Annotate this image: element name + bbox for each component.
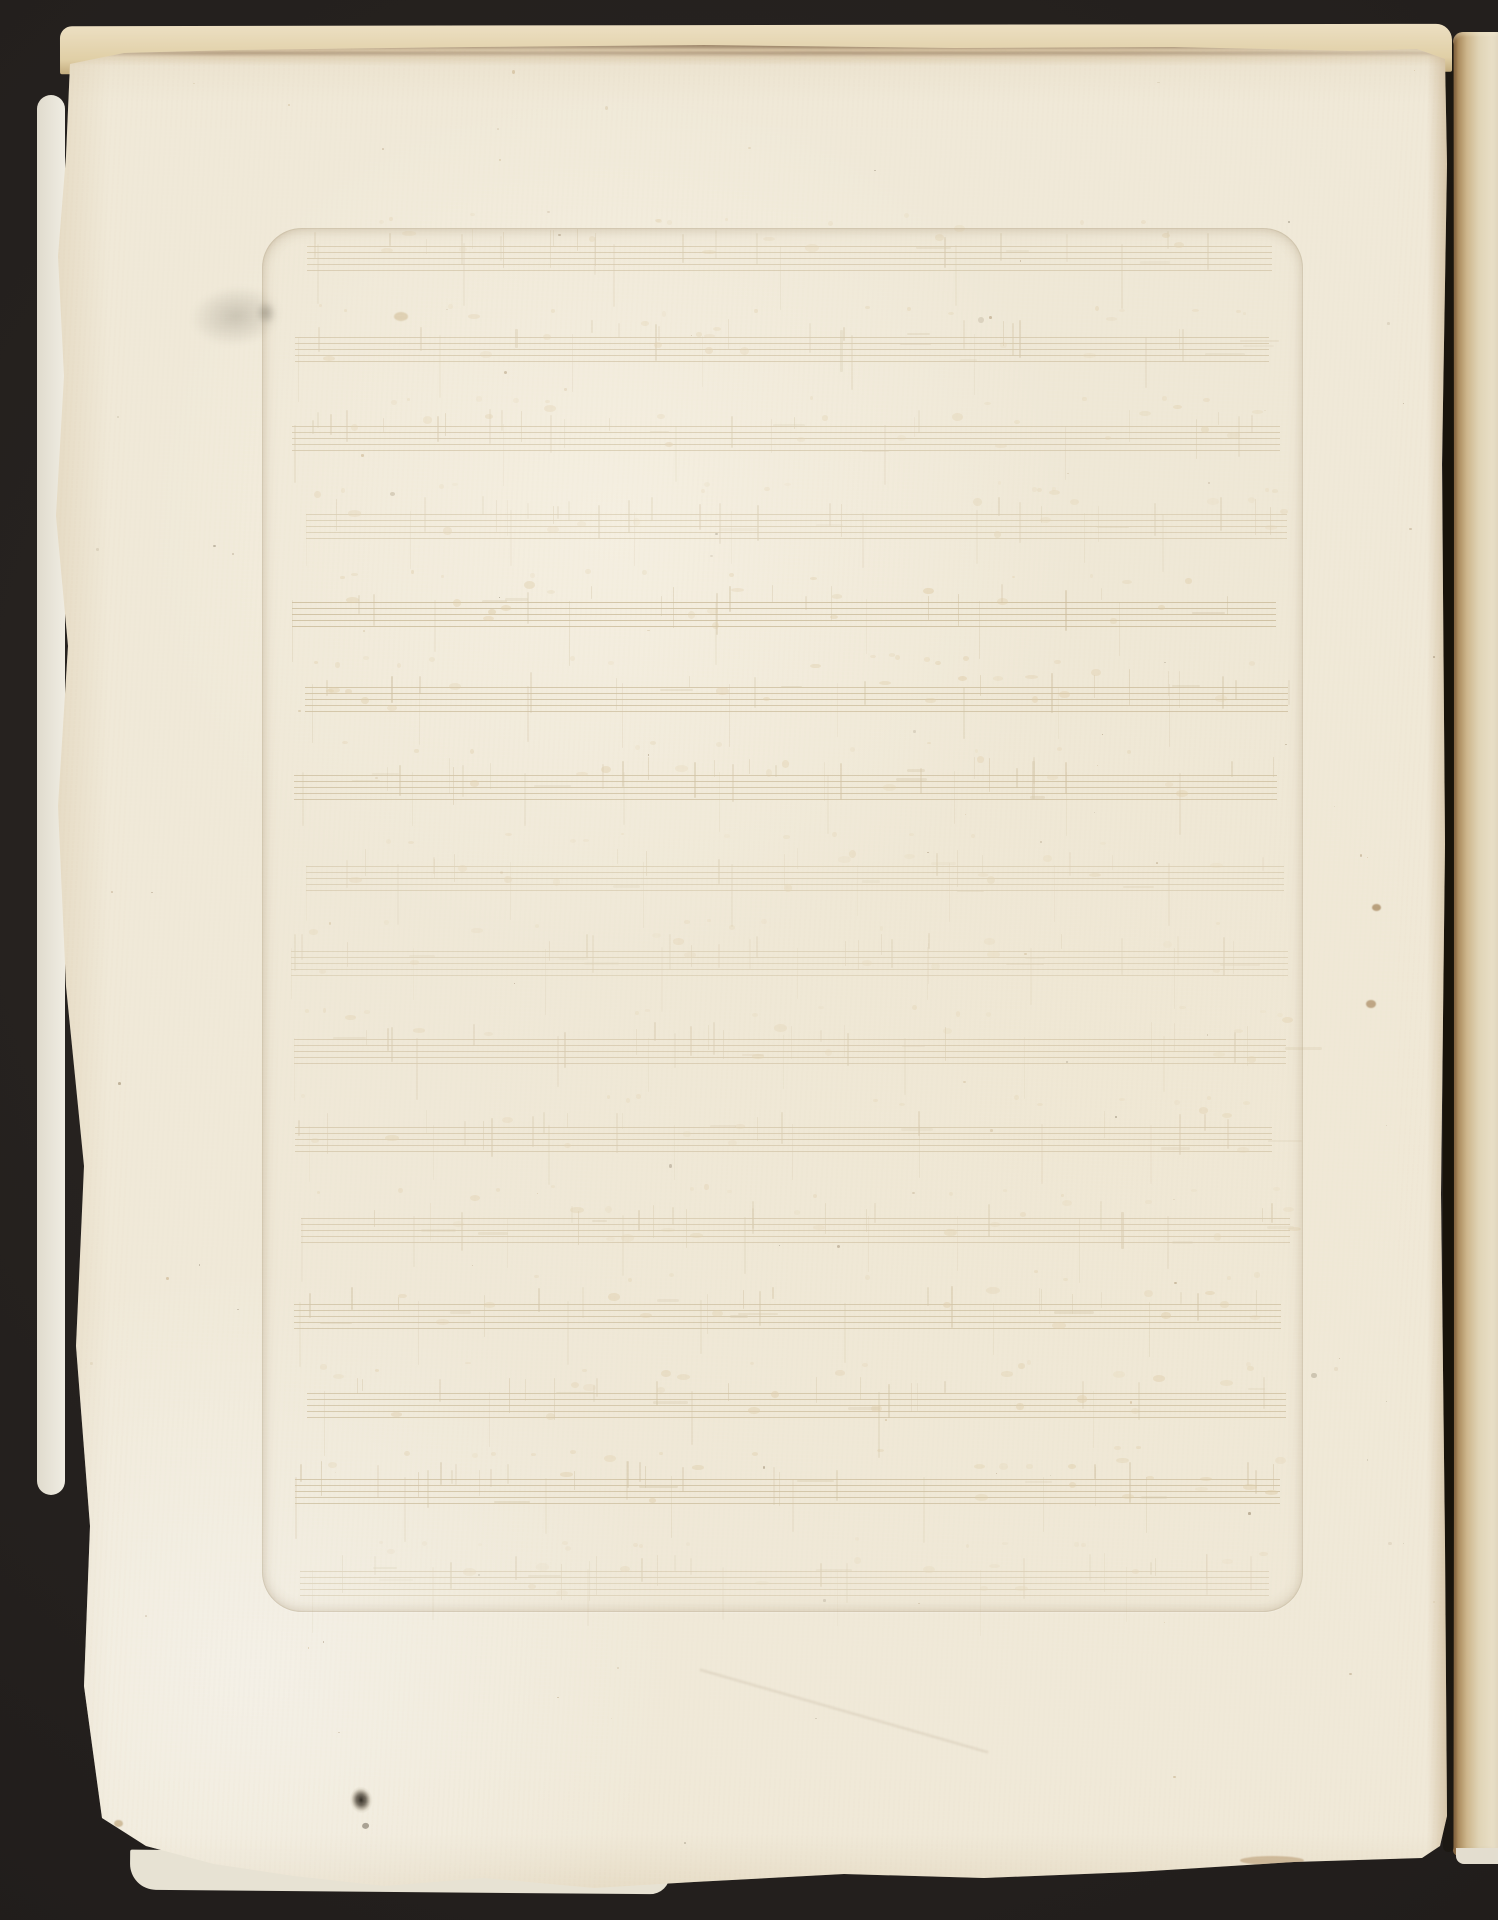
barline-showthrough	[489, 1392, 491, 1447]
speck-showthrough	[1002, 1542, 1008, 1545]
note-blob-showthrough	[1122, 1494, 1133, 1499]
note-blob-showthrough	[995, 444, 1006, 448]
note-stem-showthrough	[582, 1287, 584, 1318]
note-stem-showthrough	[757, 505, 759, 541]
speck-showthrough	[344, 309, 347, 312]
note-blob-showthrough	[1200, 1477, 1212, 1481]
speck-showthrough	[818, 1006, 824, 1009]
speck-showthrough	[727, 1190, 732, 1193]
speck-showthrough	[686, 1542, 690, 1546]
note-stem-showthrough	[1065, 762, 1067, 794]
speck-showthrough	[948, 312, 954, 315]
beam-showthrough	[584, 962, 619, 965]
barline-showthrough	[613, 244, 615, 308]
note-blob-showthrough	[782, 760, 789, 768]
speck-showthrough	[645, 1009, 650, 1013]
barline-showthrough	[731, 864, 733, 927]
note-stem-showthrough	[1179, 671, 1180, 708]
note-stem-showthrough	[820, 1563, 822, 1587]
fibre-speck	[199, 1264, 201, 1265]
beam-showthrough	[421, 1229, 456, 1232]
fibre-speck	[1386, 1125, 1387, 1126]
speck-showthrough	[813, 1194, 817, 1198]
note-blob-showthrough	[1083, 353, 1096, 358]
barline-showthrough	[792, 1124, 794, 1181]
note-stem-showthrough	[1138, 1382, 1140, 1420]
note-blob-showthrough	[1026, 1464, 1033, 1469]
note-stem-showthrough	[648, 757, 649, 780]
fibre-speck	[1334, 1367, 1338, 1371]
note-blob-showthrough	[1014, 420, 1021, 425]
note-blob-showthrough	[702, 250, 716, 254]
speck-showthrough	[832, 832, 836, 837]
speck-showthrough	[784, 483, 791, 486]
note-blob-showthrough	[1000, 342, 1006, 348]
note-stem-showthrough	[958, 594, 959, 626]
note-stem-showthrough	[592, 935, 593, 973]
beam-showthrough	[639, 1485, 678, 1488]
barline-showthrough	[792, 1479, 794, 1533]
note-blob-showthrough	[1015, 1586, 1028, 1591]
note-blob-showthrough	[483, 616, 494, 621]
note-stem-showthrough	[383, 418, 385, 432]
note-stem-showthrough	[327, 1113, 328, 1154]
speck-showthrough	[984, 402, 991, 405]
beam-showthrough	[781, 686, 802, 689]
note-stem-showthrough	[824, 762, 825, 801]
note-blob-showthrough	[755, 1581, 769, 1585]
barline-showthrough	[312, 1570, 314, 1633]
speck-showthrough	[1236, 310, 1241, 313]
speck-showthrough	[865, 306, 870, 309]
note-stem-showthrough	[1121, 1212, 1123, 1250]
note-stem-showthrough	[490, 763, 491, 789]
fibre-speck	[1097, 765, 1098, 766]
note-stem-showthrough	[728, 1383, 730, 1401]
speck-showthrough	[1136, 1446, 1142, 1449]
note-blob-showthrough	[692, 1465, 704, 1470]
stain-fleck	[1366, 1000, 1376, 1008]
fibre-speck	[382, 148, 385, 150]
beam-showthrough	[1192, 612, 1225, 615]
note-stem-showthrough	[749, 759, 750, 774]
note-blob-showthrough	[1165, 782, 1173, 787]
barline-showthrough	[294, 425, 296, 483]
note-stem-showthrough	[351, 1287, 352, 1309]
note-blob-showthrough	[989, 1564, 1000, 1568]
beam-showthrough	[333, 1037, 365, 1040]
note-stem-showthrough	[1121, 938, 1123, 975]
note-blob-showthrough	[1207, 498, 1219, 505]
fibre-speck	[1349, 1673, 1352, 1675]
note-blob-showthrough	[608, 1293, 619, 1301]
speck-showthrough	[1037, 1103, 1044, 1107]
note-stem-showthrough	[988, 1204, 990, 1237]
note-blob-showthrough	[925, 698, 935, 704]
beam-showthrough	[1220, 963, 1260, 966]
note-blob-showthrough	[604, 1455, 616, 1462]
speck-showthrough	[628, 1278, 632, 1282]
speck-showthrough	[342, 741, 347, 744]
speck-showthrough	[389, 217, 392, 221]
speck-showthrough	[379, 220, 384, 224]
note-stem-showthrough	[589, 1561, 590, 1601]
speck-showthrough	[1095, 306, 1099, 311]
note-stem-showthrough	[653, 1205, 654, 1238]
speck-showthrough	[379, 1541, 383, 1544]
speck-showthrough	[386, 839, 391, 843]
note-blob-showthrough	[1265, 1490, 1279, 1495]
speck-showthrough	[761, 919, 766, 924]
fibre-speck	[990, 1129, 993, 1132]
barline-showthrough	[1146, 1477, 1148, 1534]
fibre-speck	[375, 777, 377, 779]
speck-showthrough	[1012, 576, 1015, 579]
speck-showthrough	[364, 1010, 370, 1014]
note-blob-showthrough	[923, 588, 933, 595]
note-stem-showthrough	[515, 329, 517, 348]
note-blob-showthrough	[1132, 1569, 1139, 1574]
barline-showthrough	[404, 1477, 406, 1542]
note-blob-showthrough	[1234, 1029, 1243, 1033]
note-stem-showthrough	[1098, 506, 1099, 541]
note-stem-showthrough	[527, 592, 529, 624]
barline-showthrough	[702, 336, 704, 388]
note-blob-showthrough	[897, 435, 905, 441]
note-stem-showthrough	[723, 1030, 724, 1059]
note-blob-showthrough	[716, 687, 728, 694]
note-blob-showthrough	[838, 856, 851, 863]
speck-showthrough	[1277, 1013, 1283, 1017]
note-blob-showthrough	[994, 531, 1000, 538]
note-blob-showthrough	[1213, 1052, 1225, 1057]
fibre-speck	[1433, 656, 1435, 658]
beam-showthrough	[1285, 1047, 1322, 1050]
note-blob-showthrough	[987, 876, 995, 884]
note-blob-showthrough	[931, 963, 940, 970]
barline-showthrough	[1167, 1216, 1169, 1269]
barline-showthrough	[844, 1303, 846, 1363]
note-blob-showthrough	[661, 1228, 675, 1232]
staff-band	[294, 1304, 1281, 1334]
note-stem-showthrough	[530, 672, 531, 714]
note-stem-showthrough	[1023, 1558, 1025, 1599]
note-blob-showthrough	[935, 234, 944, 241]
note-stem-showthrough	[836, 1470, 838, 1501]
barline-showthrough	[1024, 1037, 1026, 1098]
speck-showthrough	[873, 1099, 878, 1102]
barline-showthrough	[299, 1302, 301, 1367]
beam-showthrough	[816, 1569, 852, 1572]
note-stem-showthrough	[1255, 499, 1256, 535]
note-blob-showthrough	[504, 876, 511, 883]
speck-showthrough	[1034, 1270, 1038, 1273]
note-stem-showthrough	[1231, 761, 1233, 776]
barline-showthrough	[413, 1216, 415, 1267]
speck-showthrough	[701, 489, 705, 494]
note-stem-showthrough	[928, 596, 930, 620]
note-stem-showthrough	[300, 1464, 301, 1482]
speck-showthrough	[1100, 842, 1106, 845]
fibre-speck	[213, 545, 216, 547]
note-blob-showthrough	[361, 697, 369, 705]
speck-showthrough	[704, 482, 710, 487]
note-stem-showthrough	[794, 417, 795, 430]
speck-showthrough	[810, 577, 817, 580]
barline-showthrough	[648, 1038, 650, 1092]
note-stem-showthrough	[437, 416, 439, 442]
note-stem-showthrough	[1069, 852, 1071, 876]
note-blob-showthrough	[707, 608, 719, 613]
note-stem-showthrough	[1207, 233, 1209, 270]
fibre-speck	[288, 104, 290, 106]
note-stem-showthrough	[420, 327, 422, 352]
note-blob-showthrough	[1153, 1375, 1165, 1382]
note-stem-showthrough	[636, 1029, 637, 1054]
speck-showthrough	[650, 741, 656, 745]
note-stem-showthrough	[841, 504, 843, 538]
note-stem-showthrough	[728, 319, 730, 349]
note-stem-showthrough	[567, 1113, 568, 1128]
note-stem-showthrough	[455, 1464, 457, 1484]
note-stem-showthrough	[682, 234, 684, 263]
note-stem-showthrough	[1101, 588, 1102, 600]
staff-band	[292, 602, 1276, 632]
staff-band	[305, 687, 1288, 717]
note-stem-showthrough	[1129, 669, 1131, 705]
speck-showthrough	[783, 835, 790, 839]
note-blob-showthrough	[346, 597, 359, 603]
note-stem-showthrough	[616, 1113, 617, 1153]
note-stem-showthrough	[387, 1028, 389, 1050]
barline-showthrough	[1174, 948, 1176, 1009]
barline-showthrough	[1145, 337, 1147, 388]
note-blob-showthrough	[576, 772, 588, 777]
beam-showthrough	[478, 1232, 508, 1235]
fibre-speck	[497, 128, 500, 130]
note-blob-showthrough	[825, 1049, 832, 1056]
note-blob-showthrough	[763, 237, 775, 242]
fibre-speck	[111, 891, 113, 893]
note-stem-showthrough	[507, 1464, 509, 1484]
barline-showthrough	[622, 683, 624, 748]
barline-showthrough	[418, 1301, 420, 1364]
note-stem-showthrough	[866, 1209, 867, 1232]
fibre-speck	[1157, 82, 1159, 83]
barline-showthrough	[731, 511, 733, 565]
barline-showthrough	[419, 687, 421, 746]
speck-showthrough	[1037, 488, 1042, 492]
note-blob-showthrough	[524, 581, 535, 589]
note-blob-showthrough	[553, 878, 560, 885]
note-stem-showthrough	[521, 411, 522, 443]
note-stem-showthrough	[881, 934, 882, 955]
note-stem-showthrough	[689, 676, 691, 688]
note-stem-showthrough	[1177, 936, 1179, 965]
beam-showthrough	[373, 1567, 397, 1570]
note-blob-showthrough	[1144, 1290, 1152, 1297]
note-stem-showthrough	[426, 239, 427, 254]
note-blob-showthrough	[536, 1563, 548, 1570]
beam-showthrough	[900, 343, 930, 346]
note-blob-showthrough	[712, 622, 720, 629]
speck-showthrough	[470, 749, 474, 754]
note-blob-showthrough	[402, 231, 416, 235]
fibre-speck	[684, 1842, 686, 1844]
note-blob-showthrough	[735, 1124, 745, 1129]
note-blob-showthrough	[1105, 436, 1111, 440]
note-blob-showthrough	[1199, 1107, 1209, 1113]
beam-showthrough	[1006, 963, 1044, 966]
note-stem-showthrough	[1197, 1293, 1198, 1321]
note-blob-showthrough	[621, 1234, 634, 1242]
barline-showthrough	[1179, 773, 1181, 835]
note-stem-showthrough	[756, 233, 757, 265]
note-stem-showthrough	[501, 410, 503, 432]
note-blob-showthrough	[1250, 1315, 1260, 1320]
note-stem-showthrough	[374, 1210, 376, 1228]
note-stem-showthrough	[757, 1117, 758, 1140]
speck-showthrough	[1080, 220, 1084, 225]
speck-showthrough	[639, 1544, 643, 1548]
paper-crease	[700, 1669, 989, 1754]
fibre-speck	[927, 852, 928, 853]
note-blob-showthrough	[605, 1206, 613, 1213]
note-stem-showthrough	[564, 419, 565, 447]
note-stem-showthrough	[479, 1470, 481, 1497]
note-stem-showthrough	[450, 1562, 452, 1589]
note-stem-showthrough	[686, 1209, 687, 1247]
speck-showthrough	[1227, 1276, 1231, 1281]
note-stem-showthrough	[1263, 1377, 1265, 1409]
speck-showthrough	[909, 833, 914, 836]
note-stem-showthrough	[377, 1465, 379, 1497]
note-stem-showthrough	[1223, 937, 1225, 976]
note-stem-showthrough	[1250, 1556, 1252, 1592]
speck-showthrough	[319, 304, 322, 307]
speck-showthrough	[729, 925, 735, 930]
barline-showthrough	[744, 1217, 746, 1274]
speck-showthrough	[724, 834, 730, 838]
note-stem-showthrough	[427, 1470, 429, 1508]
barline-showthrough	[954, 771, 956, 824]
fibre-speck	[363, 630, 365, 632]
note-stem-showthrough	[715, 230, 716, 259]
speck-showthrough	[607, 1095, 611, 1099]
note-blob-showthrough	[1220, 1380, 1232, 1386]
main-page	[54, 44, 1447, 1889]
note-blob-showthrough	[443, 527, 451, 534]
note-stem-showthrough	[596, 1556, 598, 1595]
barline-showthrough	[1126, 1567, 1128, 1622]
note-stem-showthrough	[525, 1379, 527, 1401]
beam-showthrough	[1006, 250, 1029, 253]
note-blob-showthrough	[547, 590, 555, 594]
note-stem-showthrough	[618, 323, 620, 339]
beam-showthrough	[1097, 526, 1129, 529]
beam-showthrough	[613, 885, 640, 888]
speck-showthrough	[408, 841, 414, 844]
note-blob-showthrough	[1174, 242, 1184, 248]
note-stem-showthrough	[1235, 680, 1236, 700]
speck-showthrough	[935, 661, 942, 666]
barline-showthrough	[433, 1125, 435, 1181]
barline-showthrough	[1121, 244, 1123, 310]
note-blob-showthrough	[944, 1229, 956, 1237]
speck-showthrough	[583, 839, 589, 842]
fibre-speck	[611, 1718, 612, 1719]
note-blob-showthrough	[993, 676, 1002, 681]
note-stem-showthrough	[483, 1121, 485, 1150]
speck-showthrough	[608, 661, 613, 665]
note-blob-showthrough	[423, 416, 432, 423]
note-stem-showthrough	[1196, 419, 1197, 459]
note-blob-showthrough	[1222, 1559, 1233, 1564]
note-stem-showthrough	[772, 585, 773, 602]
note-blob-showthrough	[319, 969, 326, 974]
speck-showthrough	[534, 1275, 538, 1278]
note-stem-showthrough	[1256, 1290, 1258, 1316]
note-stem-showthrough	[1104, 1553, 1105, 1592]
beam-showthrough	[1172, 685, 1200, 688]
fibre-speck	[308, 1647, 310, 1649]
speck-showthrough	[1272, 489, 1278, 493]
note-blob-showthrough	[488, 609, 496, 615]
note-blob-showthrough	[1146, 1476, 1154, 1480]
note-stem-showthrough	[825, 1203, 826, 1234]
note-blob-showthrough	[835, 1370, 845, 1375]
barline-showthrough	[397, 864, 399, 925]
note-stem-showthrough	[491, 1118, 493, 1157]
barline-showthrough	[719, 772, 721, 832]
barline-showthrough	[1163, 1036, 1165, 1091]
note-stem-showthrough	[318, 327, 320, 352]
speck-showthrough	[1057, 747, 1063, 751]
note-stem-showthrough	[330, 414, 332, 436]
fibre-speck	[232, 553, 234, 554]
barline-showthrough	[1041, 1124, 1043, 1183]
beam-showthrough	[372, 773, 399, 776]
note-blob-showthrough	[1062, 1200, 1072, 1206]
note-stem-showthrough	[538, 1288, 540, 1311]
note-blob-showthrough	[640, 1313, 652, 1318]
speck-showthrough	[750, 1362, 754, 1365]
speck-showthrough	[351, 573, 358, 576]
speck-showthrough	[690, 1187, 694, 1190]
speck-showthrough	[439, 484, 444, 489]
speck-showthrough	[877, 1449, 883, 1452]
note-stem-showthrough	[586, 934, 588, 957]
note-stem-showthrough	[809, 323, 811, 353]
note-blob-showthrough	[997, 598, 1008, 605]
note-blob-showthrough	[413, 1028, 425, 1033]
beam-showthrough	[916, 246, 951, 249]
note-stem-showthrough	[312, 420, 314, 434]
fibre-speck	[1367, 1459, 1368, 1460]
speck-showthrough	[656, 219, 662, 223]
beam-showthrough	[797, 1480, 834, 1483]
note-blob-showthrough	[398, 1294, 407, 1298]
speck-showthrough	[422, 1541, 427, 1546]
note-blob-showthrough	[974, 1464, 985, 1469]
barline-showthrough	[306, 865, 308, 921]
note-stem-showthrough	[820, 1030, 822, 1042]
note-stem-showthrough	[1180, 1292, 1182, 1304]
note-stem-showthrough	[490, 1469, 492, 1487]
fibre-speck	[989, 316, 991, 319]
staff-band	[291, 951, 1288, 981]
note-stem-showthrough	[309, 1293, 311, 1318]
